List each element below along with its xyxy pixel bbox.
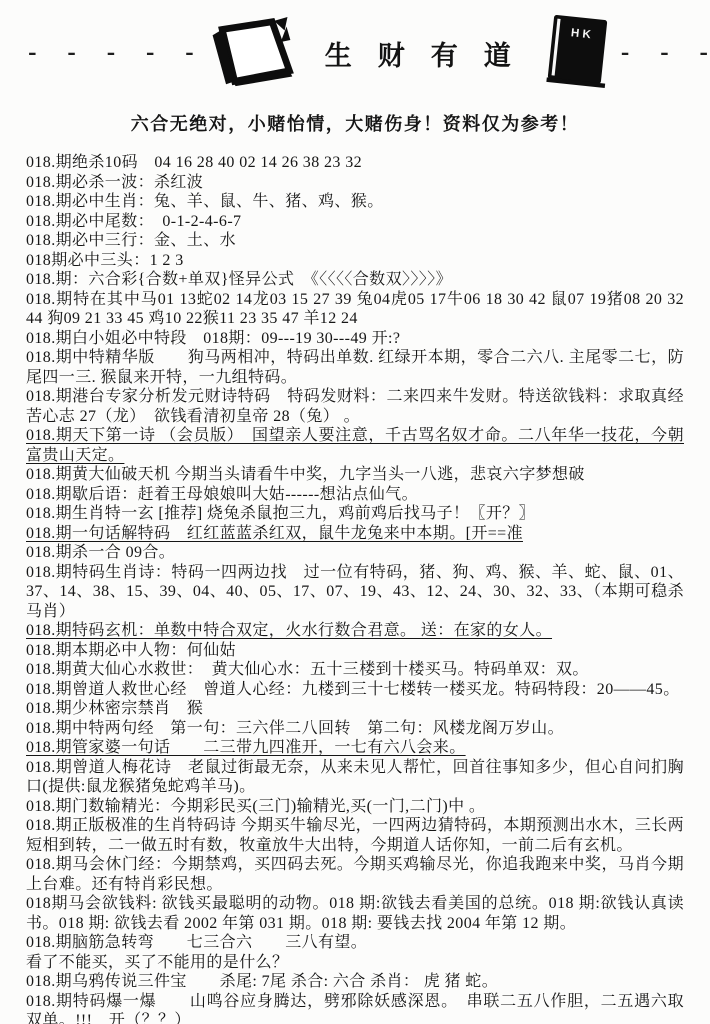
- entry-line: 018.期一句话解特码 红红蓝蓝杀红双，鼠牛龙兔来中本期。[开==准: [26, 524, 684, 544]
- entry-line: 018.期特码生肖诗：特码一四两边找 过一位有特码，猪、狗、鸡、猴、羊、蛇、鼠、…: [26, 563, 684, 622]
- entry-line: 018.期杀一合 09合。: [26, 543, 684, 563]
- entry-line: 018.期：六合彩{合数+单双}怪异公式 《〈〈〈〈合数双〉〉〉〉》: [26, 270, 684, 290]
- entry-line: 018.期曾道人救世心经 曾道人心经：九楼到三十七楼转一楼买龙。特码特段：20—…: [26, 680, 684, 700]
- entry-line: 018.期马会休门经：今期禁鸡，买四码去死。今期买鸡输尽光，你追我跑来中奖，马肖…: [26, 855, 684, 894]
- page-title: 生财有道: [299, 34, 537, 73]
- entry-line: 018.期天下第一诗 （会员版） 国望亲人要注意，千古骂名奴才命。二八年华一技花…: [26, 426, 684, 465]
- entry-line: 018.期港台专家分析发元财诗特码 特码发财料：二来四来牛发财。特送欲钱料：求取…: [26, 387, 684, 426]
- entry-line: 018期马会欲钱料: 欲钱买最聪明的动物。018 期:欲钱去看美国的总统。018…: [26, 894, 684, 933]
- entry-line: 018.期生肖特一玄 [推荐] 烧兔杀鼠抱三九，鸡前鸡后找马子！〖开？〗: [26, 504, 684, 524]
- entry-line: 018.期绝杀10码 04 16 28 40 02 14 26 38 23 32: [26, 153, 684, 173]
- entry-line: 018.期少林密宗禁肖 猴: [26, 699, 684, 719]
- entry-line: 018.期必杀一波：杀红波: [26, 173, 684, 193]
- entry-line: 018.期必中三行：金、土、水: [26, 231, 684, 251]
- entry-line: 018期必中三头：1 2 3: [26, 251, 684, 271]
- right-dashes: - - - - -: [619, 44, 710, 62]
- entry-line: 018.期曾道人梅花诗 老鼠过街最无奈，从来未见人帮忙，回首往事知多少，但心自问…: [26, 758, 684, 797]
- entry-line: 018.期门数输精光：今期彩民买(三门)输精光,买(一门,二门)中 。: [26, 797, 684, 817]
- left-dashes: - - - - -: [26, 44, 203, 62]
- entry-line: 018.期特码玄机：单数中特合双定，火水行数合君意。 送：在家的女人。: [26, 621, 684, 641]
- entry-line: 018.期正版极准的生肖特码诗 今期买牛输尽光，一四两边猜特码，本期预测出水木，…: [26, 816, 684, 855]
- hk-book-label: H K: [570, 27, 592, 41]
- entry-line: 018.期脑筋急转弯 七三合六 三八有望。: [26, 933, 684, 953]
- entry-line: 018.期特在其中马01 13蛇02 14龙03 15 27 39 兔04虎05…: [26, 290, 684, 329]
- entry-line: 018.期黄大仙破天机 今期当头请看牛中奖，九字当头一八逃，悲哀六字梦想破: [26, 465, 684, 485]
- entry-line: 018.期管家婆一句话 二三带九四准开，一七有六八会来。: [26, 738, 684, 758]
- entries-list: 018.期绝杀10码 04 16 28 40 02 14 26 38 23 32…: [26, 153, 684, 1024]
- entry-line: 018.期必中尾数： 0-1-2-4-6-7: [26, 212, 684, 232]
- entry-line: 018.期中特精华版 狗马两相冲，特码出单数. 红绿开本期，零合二六八. 主尾零…: [26, 348, 684, 387]
- open-book-pen-icon: [203, 17, 299, 89]
- entry-line: 018.期白小姐必中特段 018期：09---19 30---49 开:?: [26, 329, 684, 349]
- header: - - - - - 生财有道 H K - - - - -: [26, 10, 684, 96]
- disclaimer-text: 六合无绝对，小赌怡情，大赌伤身！资料仅为参考！: [26, 110, 684, 136]
- entry-line: 018.期黄大仙心水救世： 黄大仙心水：五十三楼到十楼买马。特码单双：双。: [26, 660, 684, 680]
- entry-line: 018.期特码爆一爆 山鸣谷应身腾达，劈邪除妖感深恩。 串联二五八作胆，二五遇六…: [26, 992, 684, 1024]
- hk-book-icon: H K: [537, 13, 619, 93]
- entry-line: 018.期中特两句经 第一句：三六伴二八回转 第二句：风楼龙阁万岁山。: [26, 719, 684, 739]
- entry-line: 018.期必中生肖：兔、羊、鼠、牛、猪、鸡、猴。: [26, 192, 684, 212]
- entry-line: 看了不能买，买了不能用的是什么？: [26, 953, 684, 973]
- entry-line: 018.期本期必中人物：何仙姑: [26, 641, 684, 661]
- entry-line: 018.期乌鸦传说三件宝 杀尾: 7尾 杀合: 六合 杀肖： 虎 猪 蛇。: [26, 972, 684, 992]
- tip-sheet-page: - - - - - 生财有道 H K - - - - -: [0, 0, 710, 1024]
- entry-line: 018.期歇后语：赶着王母娘娘叫大姑------想沾点仙气。: [26, 485, 684, 505]
